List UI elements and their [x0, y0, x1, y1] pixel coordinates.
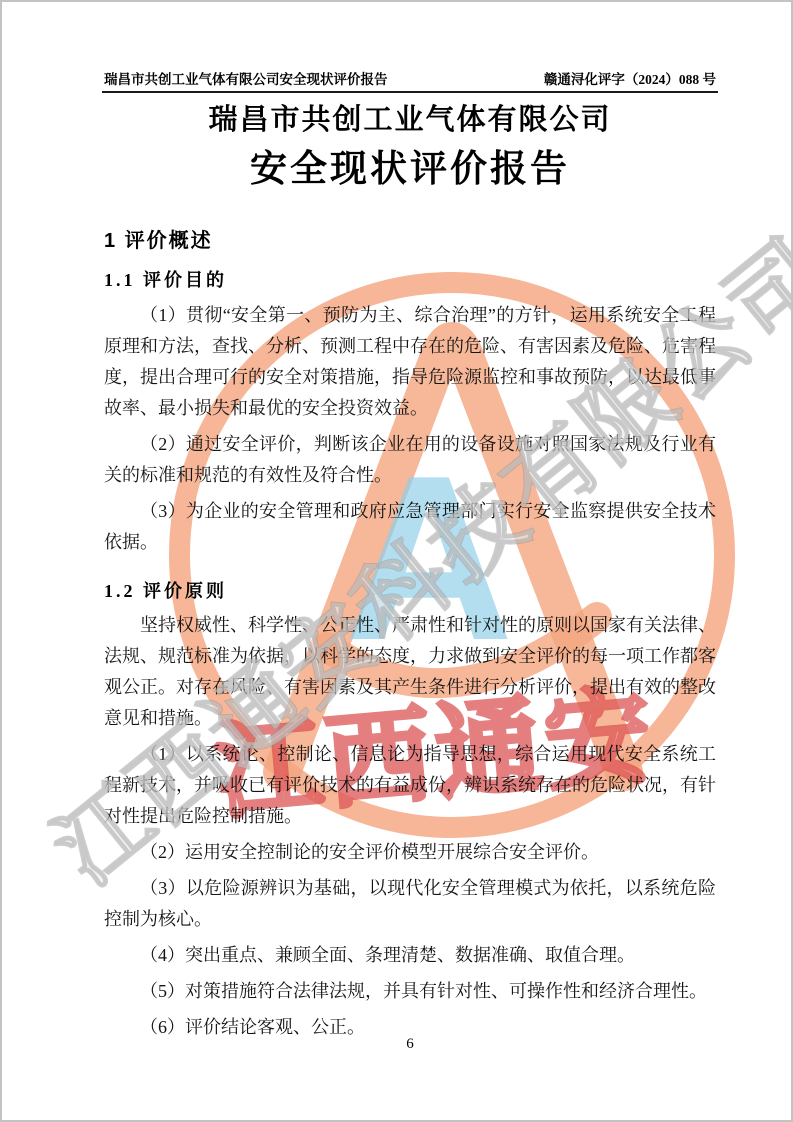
section-heading-1-2: 1.2 评价原则: [104, 577, 227, 603]
document-page: A 江西通安 瑞昌市共创工业气体有限公司安全现状评价报告 赣通浔化评字（2024…: [0, 0, 793, 1122]
paragraph: （3）以危险源辨识为基础，以现代化安全管理模式为依托，以系统危险控制为核心。: [104, 873, 716, 935]
section-heading-1: 1 评价概述: [104, 224, 213, 253]
page-number: 6: [104, 1036, 716, 1053]
header-left-title: 瑞昌市共创工业气体有限公司安全现状评价报告: [104, 68, 388, 88]
paragraph: （2）运用安全控制论的安全评价模型开展综合安全评价。: [104, 837, 716, 868]
section-heading-1-1: 1.1 评价目的: [104, 266, 227, 292]
company-title: 瑞昌市共创工业气体有限公司: [104, 97, 716, 138]
section-1-2-body: 坚持权威性、科学性、公正性、严肃性和针对性的原则以国家有关法律、法规、规范标准为…: [104, 610, 716, 1048]
paragraph: （4）突出重点、兼顾全面、条理清楚、数据准确、取值合理。: [104, 940, 716, 971]
paragraph: 坚持权威性、科学性、公正性、严肃性和针对性的原则以国家有关法律、法规、规范标准为…: [104, 610, 716, 734]
page-header: 瑞昌市共创工业气体有限公司安全现状评价报告 赣通浔化评字（2024）088 号: [104, 68, 716, 88]
header-divider: [102, 91, 718, 93]
paragraph: （2）通过安全评价，判断该企业在用的设备设施对照国家法规及行业有关的标准和规范的…: [104, 429, 716, 491]
section-1-1-body: （1）贯彻“安全第一、预防为主、综合治理”的方针，运用系统安全工程原理和方法，查…: [104, 300, 716, 563]
paragraph: （5）对策措施符合法律法规，并具有针对性、可操作性和经济合理性。: [104, 976, 716, 1007]
report-title: 安全现状评价报告: [104, 138, 716, 192]
paragraph: （1）以系统论、控制论、信息论为指导思想，综合运用现代安全系统工程新技术，并吸收…: [104, 739, 716, 832]
header-right-doc-number: 赣通浔化评字（2024）088 号: [544, 68, 716, 88]
paragraph: （1）贯彻“安全第一、预防为主、综合治理”的方针，运用系统安全工程原理和方法，查…: [104, 300, 716, 424]
paragraph: （3）为企业的安全管理和政府应急管理部门实行安全监察提供安全技术依据。: [104, 496, 716, 558]
